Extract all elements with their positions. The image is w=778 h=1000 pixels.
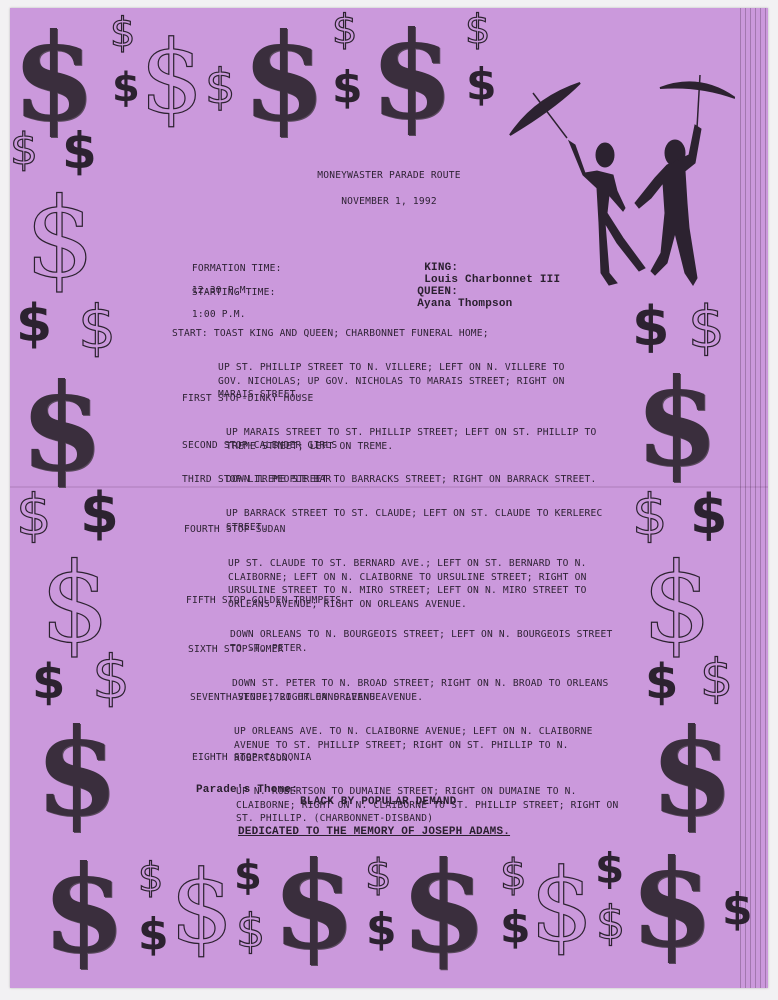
stop-heading: THIRD STOP-LIL PEOPLE BAR — [182, 474, 632, 485]
stop-heading: SEVENTH STOP-1720 ORLEANS AVENUE — [190, 692, 630, 703]
dollar-sign-icon: $ — [400, 846, 487, 971]
start-description: TOAST KING AND QUEEN; CHARBONNET FUNERAL… — [214, 328, 489, 339]
start-line: START: TOAST KING AND QUEEN; CHARBONNET … — [172, 328, 592, 339]
dollar-sign-icon: $ — [332, 66, 363, 110]
dollar-sign-icon: $ — [722, 888, 753, 932]
dollar-sign-icon: $ — [366, 908, 397, 952]
dollar-sign-icon: $ — [242, 18, 326, 138]
dollar-sign-icon: $ — [688, 298, 725, 356]
dollar-sign-icon: $ — [500, 906, 531, 950]
dollar-sign-icon: $ — [170, 858, 234, 958]
dollar-sign-icon: $ — [466, 63, 497, 107]
dollar-sign-icon: $ — [645, 658, 678, 706]
dollar-sign-icon: $ — [365, 854, 392, 896]
dollar-sign-icon: $ — [632, 300, 670, 354]
dollar-sign-icon: $ — [700, 653, 733, 705]
dollar-sign-icon: $ — [20, 368, 104, 488]
dollar-sign-icon: $ — [78, 298, 116, 358]
dollar-sign-icon: $ — [112, 68, 140, 108]
dollar-sign-icon: $ — [138, 858, 163, 898]
dedication: DEDICATED TO THE MEMORY OF JOSEPH ADAMS. — [238, 826, 510, 838]
formation-time-label: FORMATION TIME: — [192, 263, 282, 274]
stop-heading: SIXTH STOP-HOMER — [188, 644, 628, 655]
dollar-sign-icon: $ — [92, 648, 130, 708]
dollar-sign-icon: $ — [332, 10, 357, 50]
document-date: NOVEMBER 1, 1992 — [10, 196, 768, 207]
dollar-sign-icon: $ — [595, 848, 624, 890]
stop-heading: FIFTH STOP-GOLDEN TRUMPETS — [186, 595, 626, 606]
dollar-sign-icon: $ — [650, 713, 734, 833]
dollar-sign-icon: $ — [110, 13, 135, 53]
stop-heading: EIGHTH STOP-CALDONIA — [192, 752, 632, 763]
dollar-sign-icon: $ — [635, 363, 719, 483]
document-title: MONEYWASTER PARADE ROUTE — [10, 170, 768, 181]
theme-label: Parade's Theme: — [196, 784, 298, 796]
dollar-sign-icon: $ — [272, 846, 356, 966]
dollar-sign-icon: $ — [138, 913, 169, 957]
dollar-sign-icon: $ — [140, 28, 204, 128]
dollar-sign-icon: $ — [632, 488, 668, 544]
dollar-sign-icon: $ — [205, 63, 236, 111]
stop-heading: SECOND STOP-CALENDER GIRLS — [182, 440, 632, 451]
dollar-sign-icon: $ — [40, 548, 110, 658]
dollar-sign-icon: $ — [630, 844, 714, 964]
queen-label: QUEEN: — [417, 286, 458, 298]
dollar-sign-icon: $ — [16, 298, 52, 350]
dollar-sign-icon: $ — [236, 908, 265, 954]
theme-value: BLACK BY POPULAR DEMAND — [300, 796, 456, 808]
dollar-sign-icon: $ — [80, 486, 119, 542]
dollar-sign-icon: $ — [465, 10, 490, 50]
dollar-sign-icon: $ — [62, 126, 97, 176]
king-label: KING: — [424, 262, 458, 274]
dollar-sign-icon: $ — [596, 900, 625, 946]
dollar-sign-icon: $ — [16, 488, 52, 544]
dollar-sign-icon: $ — [42, 850, 126, 970]
stop-heading: FOURTH STOP-SUDAN — [184, 524, 624, 535]
dollar-sign-icon: $ — [12, 18, 96, 138]
dollar-sign-icon: $ — [10, 128, 38, 172]
starting-time-label: STARTING TIME: — [192, 287, 276, 298]
dollar-sign-icon: $ — [32, 658, 65, 706]
dollar-sign-icon: $ — [642, 548, 712, 658]
dollar-sign-icon: $ — [500, 854, 527, 896]
dollar-sign-icon: $ — [234, 856, 262, 896]
dollar-sign-icon: $ — [690, 488, 728, 542]
dollar-sign-icon: $ — [370, 16, 454, 136]
parade-flyer: $ $ $ $ $ $ $ $ $ $ $ $ $ $ $ $ $ $ $ $ … — [10, 8, 768, 988]
stop-heading: FIRST STOP-DINKY HOUSE — [182, 393, 622, 404]
dollar-sign-icon: $ — [35, 713, 119, 833]
dollar-sign-icon: $ — [530, 856, 594, 956]
start-label: START: — [172, 328, 208, 339]
